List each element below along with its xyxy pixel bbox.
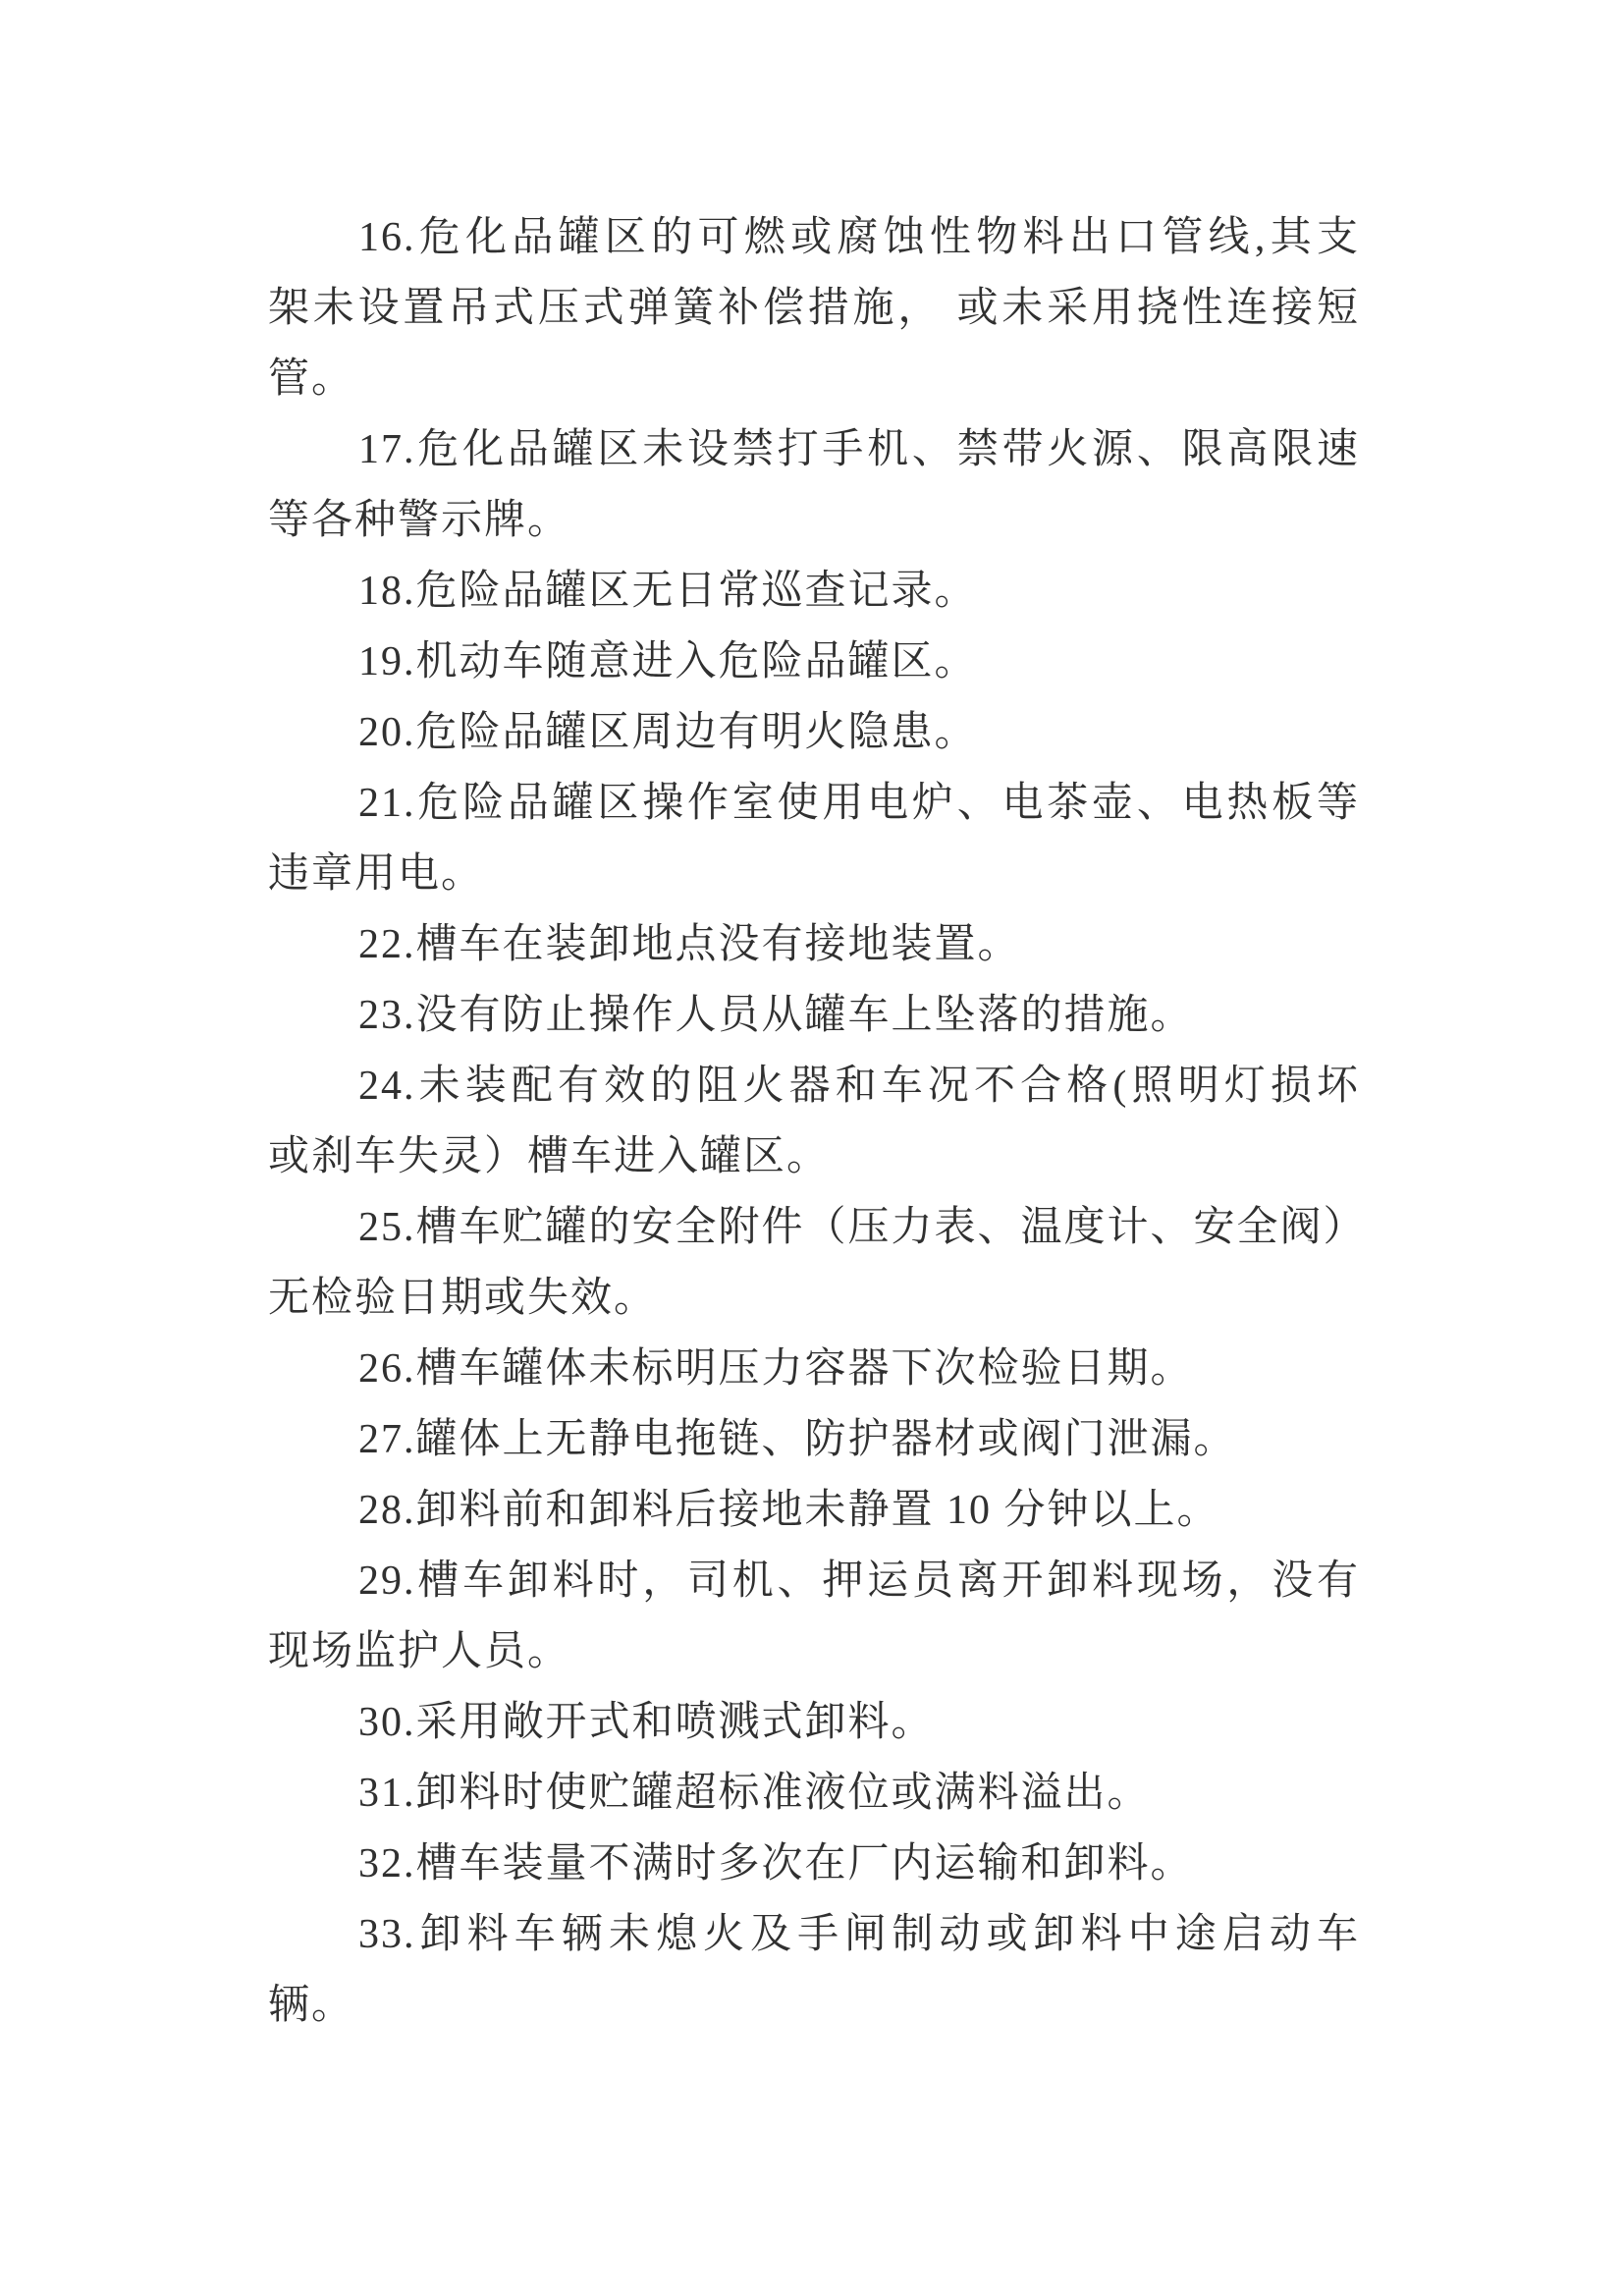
list-item-31: 31.卸料时使贮罐超标准液位或满料溢出。: [268, 1758, 1360, 1829]
text-line: 21.危险品罐区操作室使用电炉、电茶壶、电热板等: [268, 768, 1360, 839]
text-line: 26.槽车罐体未标明压力容器下次检验日期。: [268, 1334, 1360, 1404]
list-item-20: 20.危险品罐区周边有明火隐患。: [268, 697, 1360, 768]
text-line: 辆。: [268, 1970, 1360, 2041]
text-line: 现场监护人员。: [268, 1616, 1360, 1687]
text-line: 17.危化品罐区未设禁打手机、禁带火源、限高限速: [268, 414, 1360, 485]
text-line: 24.未装配有效的阻火器和车况不合格(照明灯损坏: [268, 1051, 1360, 1121]
text-line: 20.危险品罐区周边有明火隐患。: [268, 697, 1360, 768]
list-item-28: 28.卸料前和卸料后接地未静置 10 分钟以上。: [268, 1475, 1360, 1546]
list-item-29: 29.槽车卸料时，司机、押运员离开卸料现场，没有现场监护人员。: [268, 1546, 1360, 1687]
text-line: 32.槽车装量不满时多次在厂内运输和卸料。: [268, 1829, 1360, 1899]
list-item-32: 32.槽车装量不满时多次在厂内运输和卸料。: [268, 1829, 1360, 1899]
text-line: 27.罐体上无静电拖链、防护器材或阀门泄漏。: [268, 1404, 1360, 1475]
text-line: 无检验日期或失效。: [268, 1263, 1360, 1334]
text-line: 28.卸料前和卸料后接地未静置 10 分钟以上。: [268, 1475, 1360, 1546]
text-line: 29.槽车卸料时，司机、押运员离开卸料现场，没有: [268, 1546, 1360, 1616]
text-line: 18.危险品罐区无日常巡查记录。: [268, 556, 1360, 627]
list-item-18: 18.危险品罐区无日常巡查记录。: [268, 556, 1360, 627]
text-line: 19.机动车随意进入危险品罐区。: [268, 627, 1360, 697]
text-line: 或刹车失灵）槽车进入罐区。: [268, 1121, 1360, 1192]
list-item-21: 21.危险品罐区操作室使用电炉、电茶壶、电热板等违章用电。: [268, 768, 1360, 909]
list-item-33: 33.卸料车辆未熄火及手闸制动或卸料中途启动车辆。: [268, 1899, 1360, 2041]
list-item-30: 30.采用敞开式和喷溅式卸料。: [268, 1687, 1360, 1758]
list-item-17: 17.危化品罐区未设禁打手机、禁带火源、限高限速等各种警示牌。: [268, 414, 1360, 556]
list-item-19: 19.机动车随意进入危险品罐区。: [268, 627, 1360, 697]
text-line: 22.槽车在装卸地点没有接地装置。: [268, 909, 1360, 980]
list-item-26: 26.槽车罐体未标明压力容器下次检验日期。: [268, 1334, 1360, 1404]
text-line: 30.采用敞开式和喷溅式卸料。: [268, 1687, 1360, 1758]
list-item-16: 16.危化品罐区的可燃或腐蚀性物料出口管线,其支架未设置吊式压式弹簧补偿措施， …: [268, 202, 1360, 414]
text-line: 架未设置吊式压式弹簧补偿措施， 或未采用挠性连接短: [268, 273, 1360, 344]
list-item-24: 24.未装配有效的阻火器和车况不合格(照明灯损坏或刹车失灵）槽车进入罐区。: [268, 1051, 1360, 1192]
document-body: 16.危化品罐区的可燃或腐蚀性物料出口管线,其支架未设置吊式压式弹簧补偿措施， …: [268, 202, 1360, 2041]
text-line: 25.槽车贮罐的安全附件（压力表、温度计、安全阀）: [268, 1192, 1360, 1263]
text-line: 违章用电。: [268, 839, 1360, 909]
list-item-25: 25.槽车贮罐的安全附件（压力表、温度计、安全阀）无检验日期或失效。: [268, 1192, 1360, 1334]
text-line: 16.危化品罐区的可燃或腐蚀性物料出口管线,其支: [268, 202, 1360, 273]
text-line: 管。: [268, 344, 1360, 414]
list-item-23: 23.没有防止操作人员从罐车上坠落的措施。: [268, 980, 1360, 1051]
text-line: 31.卸料时使贮罐超标准液位或满料溢出。: [268, 1758, 1360, 1829]
list-item-27: 27.罐体上无静电拖链、防护器材或阀门泄漏。: [268, 1404, 1360, 1475]
text-line: 23.没有防止操作人员从罐车上坠落的措施。: [268, 980, 1360, 1051]
text-line: 等各种警示牌。: [268, 485, 1360, 556]
text-line: 33.卸料车辆未熄火及手闸制动或卸料中途启动车: [268, 1899, 1360, 1970]
list-item-22: 22.槽车在装卸地点没有接地装置。: [268, 909, 1360, 980]
document-page: 16.危化品罐区的可燃或腐蚀性物料出口管线,其支架未设置吊式压式弹簧补偿措施， …: [0, 0, 1623, 2296]
